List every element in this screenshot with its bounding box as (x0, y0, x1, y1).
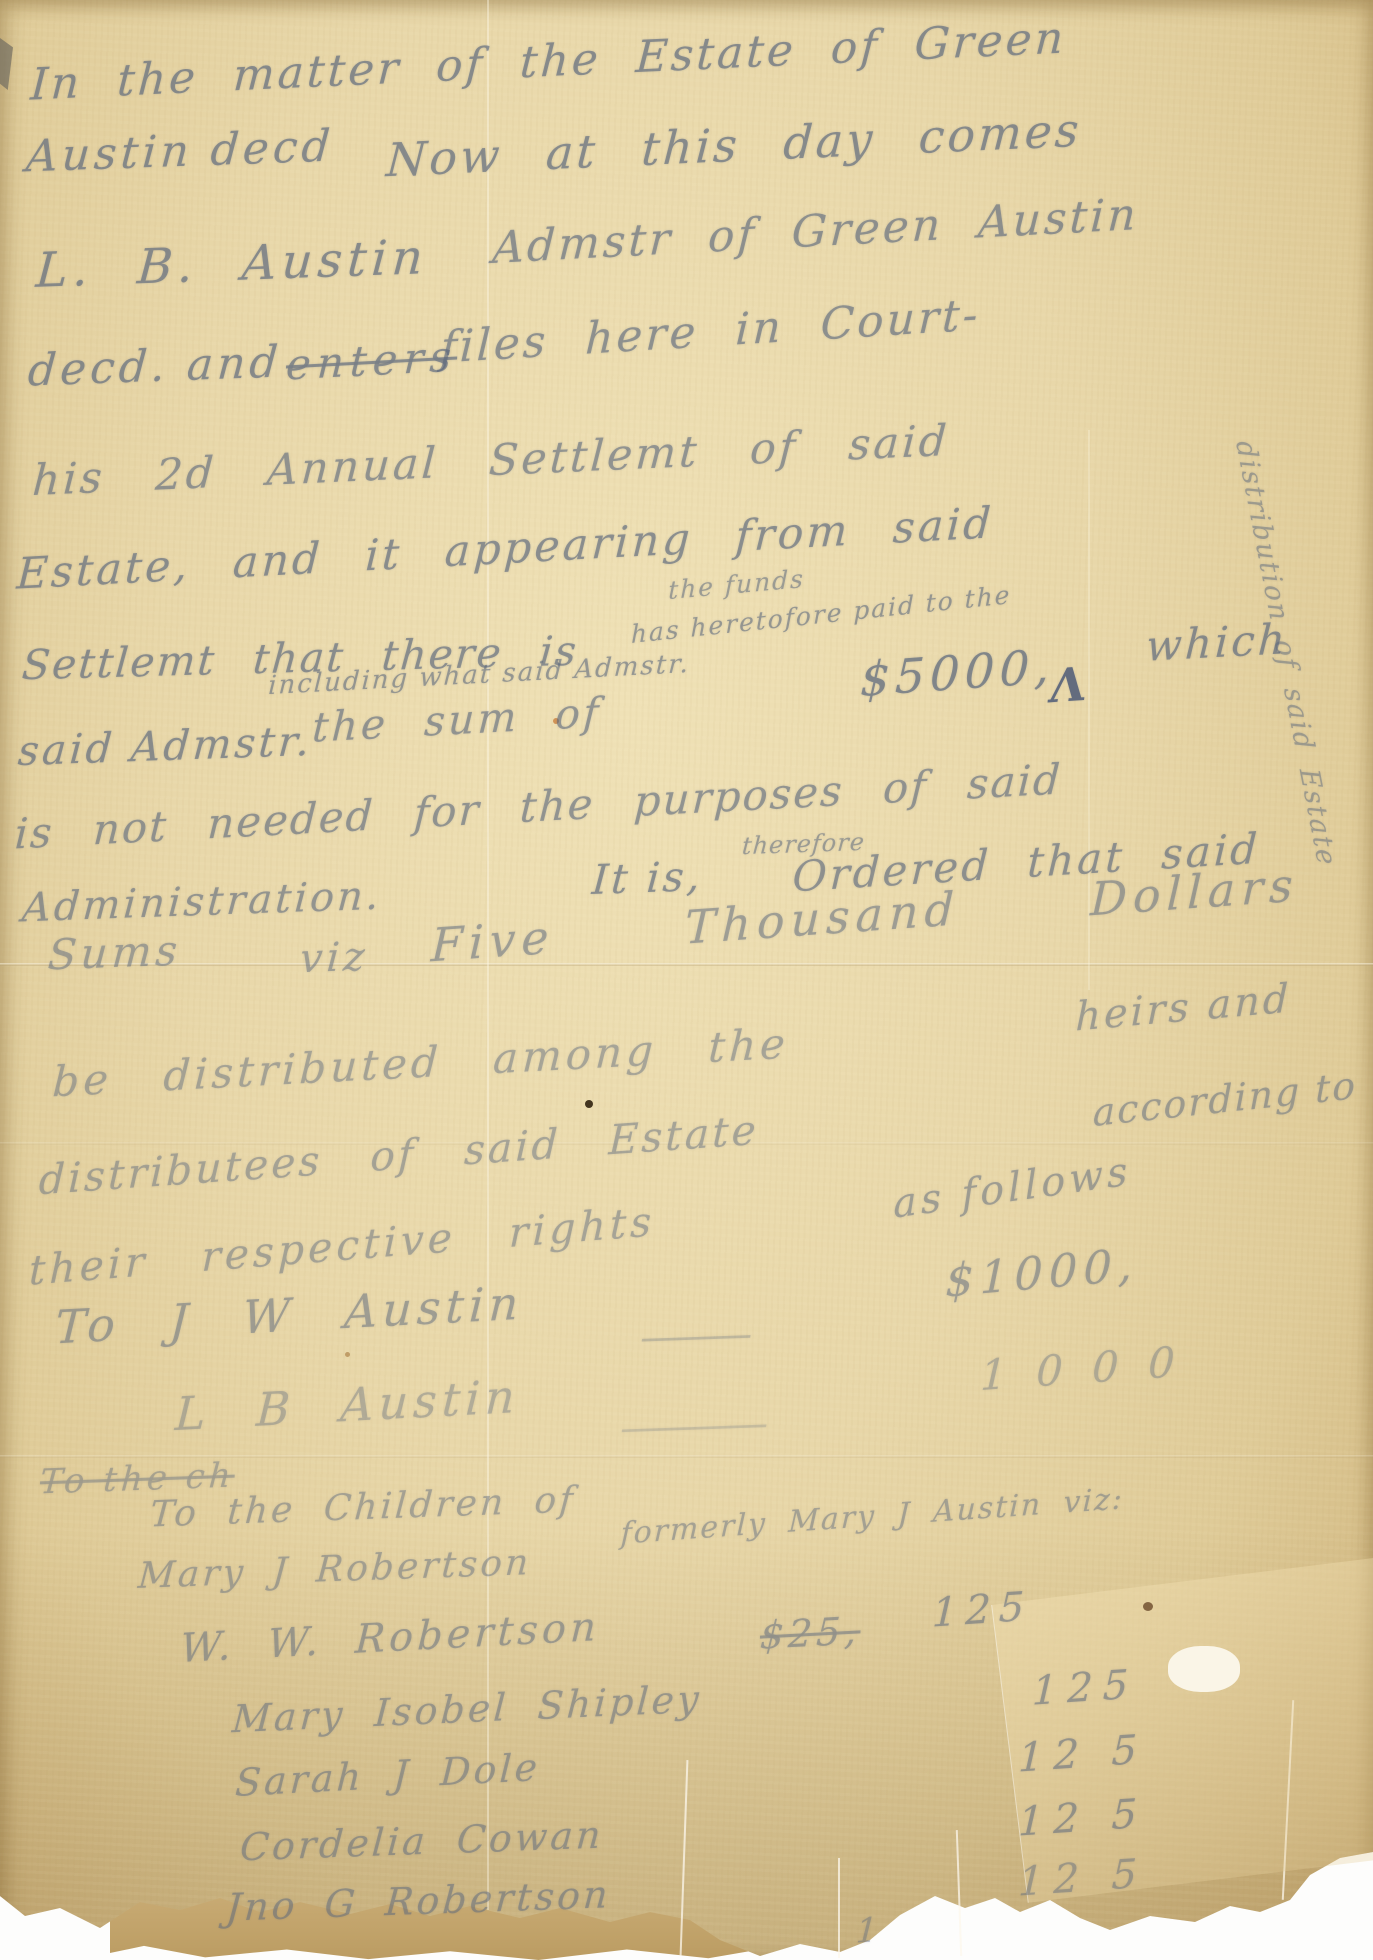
interline-note: the funds (668, 566, 805, 603)
distributee-name: Mary J Robertson (137, 1545, 533, 1595)
body-fragment: said Admstr. (17, 721, 314, 772)
distributee-name: Sarah J Dole (234, 1748, 541, 1802)
distributee-name: Jno G Robertson (225, 1875, 612, 1927)
amount-value: 12 5 (1017, 1853, 1147, 1902)
body-fragment: Administration. (21, 876, 383, 929)
distributee-name: To J W Austin (54, 1280, 524, 1351)
amount-value: 125 (1031, 1664, 1139, 1712)
body-fragment: is not needed for the purposes of said (14, 758, 1063, 855)
body-fragment: the sum of (311, 692, 602, 748)
flourish-dash: ——— (639, 1314, 748, 1358)
caption-line: In the matter of the Estate of Green (29, 16, 1067, 107)
caption-line: Austin decd (25, 125, 336, 180)
amount-value: 12 5 (1017, 1793, 1147, 1842)
body-fragment: heirs and (1075, 978, 1292, 1037)
struck-text: enters (285, 335, 458, 386)
distributee-name: W. W. Robertson (179, 1607, 601, 1669)
body-fragment: Sums (47, 930, 183, 977)
distributee-name: L B Austin (174, 1373, 521, 1437)
distributee-name: Mary Isobel Shipley (231, 1680, 703, 1739)
stray-mark: 1 (855, 1913, 878, 1948)
body-fragment: their respective rights (28, 1201, 655, 1292)
caret-mark: Λ (1048, 661, 1087, 709)
interline-note: formerly Mary J Austin viz: (620, 1484, 1124, 1549)
amount-value: 1 0 0 0 (980, 1341, 1184, 1397)
body-fragment: as follows (892, 1151, 1131, 1225)
body-fragment: his 2d Annual Settlemt of said (31, 420, 951, 503)
body-fragment: distributees of said Estate (38, 1110, 759, 1202)
administrator-name: L. B. Austin (34, 233, 429, 295)
flourish-dash: ———— (619, 1403, 764, 1448)
body-fragment: decd. and (27, 341, 284, 394)
distributee-name: Cordelia Cowan (239, 1816, 605, 1867)
body-fragment: be distributed among the (51, 1023, 790, 1104)
amount-value: $1000, (945, 1241, 1139, 1303)
body-fragment: It is, (591, 856, 705, 901)
amount-value: $5000, (859, 643, 1055, 704)
body-fragment: files here in Court- (440, 293, 982, 370)
body-fragment: Admstr of Green Austin (491, 193, 1140, 271)
amount-value: 12 5 (1017, 1729, 1147, 1778)
handwriting-layer: In the matter of the Estate of Green Aus… (0, 0, 1373, 1960)
body-fragment: according to (1093, 1066, 1357, 1132)
struck-amount: $25, (759, 1611, 861, 1654)
body-fragment: viz (299, 937, 370, 980)
body-fragment: Estate, and it appearing from said (16, 502, 995, 596)
body-fragment: Now at this day comes (385, 107, 1083, 184)
amount-value: 125 (931, 1586, 1033, 1633)
scanned-document: In the matter of the Estate of Green Aus… (0, 0, 1373, 1960)
